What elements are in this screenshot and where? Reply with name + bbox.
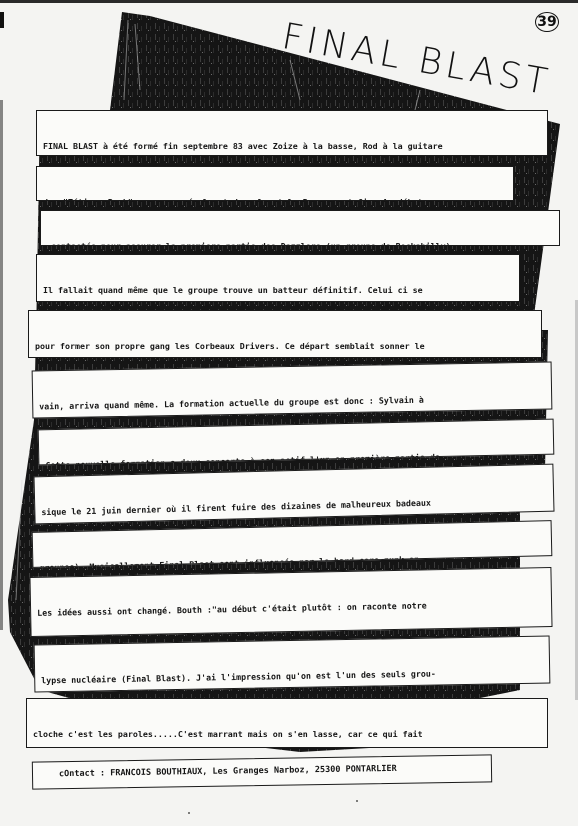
paragraph-5: pour former son propre gang les Corbeaux… [28, 310, 542, 358]
paragraph-3: contactés pour assurer la premiere parti… [40, 210, 560, 246]
scan-speck [188, 812, 190, 814]
paragraph-2: des "Tétines Rock" un groupe évoluant da… [36, 166, 514, 201]
paragraph-11: lypse nucléaire (Final Blast). J'ai l'im… [34, 636, 551, 693]
paragraph-4: Il fallait quand même que le groupe trou… [36, 254, 520, 302]
paragraph-12: cloche c'est les paroles.....C'est marra… [26, 698, 548, 748]
paragraph-6: vain, arriva quand même. La formation ac… [32, 361, 553, 418]
scan-speck [356, 800, 358, 802]
paragraph-1: FINAL BLAST à été formé fin septembre 83… [36, 110, 548, 156]
paragraph-10: Les idées aussi ont changé. Bouth :"au d… [29, 567, 552, 637]
page-number: 39 [535, 12, 559, 32]
